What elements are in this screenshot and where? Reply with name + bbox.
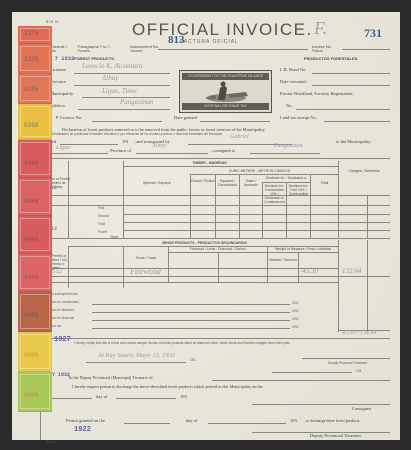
form-code: B.I.R. 91 [46,20,58,24]
declaration-text-es: Declaracion de productos forestales extr… [52,132,222,136]
document-subtitle: FACTURA OFICIAL [180,39,239,45]
paragraphs-label: Paragraphs 7 to 7. Parrafos [78,44,111,53]
document-title: OFFICIAL INVOICE. [132,20,313,40]
col-charges: Charges / Derechos [340,169,388,173]
row-totals: Totals [110,235,118,239]
revenue-stamp: 0455 [18,292,52,332]
minor-permit-value: 512 [52,267,63,275]
revenue-stamp: 0448 [18,216,52,254]
address-label: Address [50,103,65,108]
timber-section-title: TIMBER - MADERAS. [170,161,250,165]
certification-handwritten: At Ray Sauce, Mayo 12, 1932 [98,352,175,359]
certification-year: 193 [190,358,195,362]
minor-section-title: MINOR PRODUCTS - PRODUCTOS SECUNDARIOS. [130,241,280,245]
assessment-label: Assessment No. Tasacion [130,44,159,53]
consignee-signature-label: Consignee. [352,406,372,411]
invoice-no-label: Invoice No. Factura [312,44,332,53]
total-handwritten: 45.30 / 132.64 [342,330,377,336]
minor-col-firewood-charcoal: Firewood / Leña - Charcoal / Carbon [169,247,267,251]
revenue-stamp: 0448 [18,178,52,216]
col-total: Total [311,181,338,185]
minor-weight-value: -45.30 [300,267,318,275]
minor-products-table: MINOR PRODUCTS - PRODUCTOS SECUNDARIOS. … [40,240,390,288]
minor-col-number: Number / Numero [268,258,298,262]
handwritten-letter: F. [314,18,327,39]
discharge-text: , to discharge these forest products. [304,418,360,423]
year-prefix: 191 [122,139,129,144]
province-of-label: , Province of [108,148,131,153]
province-destination-value: Albay [152,143,166,149]
revenue-stamp: 0448 [18,140,52,178]
government-emblem: GOVERNMENT OF THE PHILIPPINE ISLANDS INT… [179,70,272,113]
municipality-destination-value: Ligao [56,145,70,151]
revenue-stamp: 0449 [18,254,52,292]
bond-no-label: I. R. Bond No. [280,67,307,72]
section-productos-forestales: PRODUCTOS FORESTALES. [304,56,358,61]
municipality-value: Ligao, Tinoc [102,87,137,95]
minor-col-kinds: Kinds / Clase [124,256,168,260]
province-value: Albay [102,74,118,82]
permit-day-of: day of [186,418,197,423]
consignee-value: Pangasinan [274,143,303,149]
province-label: Province [50,79,66,84]
minor-col-weight: Weight or Measure / Peso o Medida [268,247,338,251]
minor-charge-value: 132.64 [342,267,361,275]
destined-header: Destined for - Destinado a [262,176,310,180]
consigned-to-label: , consigned to [210,148,235,153]
revenue-stamp: 0359 [18,104,52,140]
land-tax-receipt-label: Land tax receipt No. [280,115,317,120]
address-value: Pangasinan [120,98,153,106]
date-granted-label: Date granted [174,115,197,120]
permit-year: 193 [290,418,297,423]
row-third: Third [98,222,105,226]
farmer-with-carabao-icon [200,80,252,104]
registration-no-label: No. [286,103,293,108]
permit-granted-label: Permit granted on the [66,418,105,423]
licensee-value: Leoncio K. Alcantara [82,62,142,70]
private-woodland-label: Private Woodland, Forestry Registration [280,91,353,96]
revenue-stamp: 3378 [18,26,52,44]
licence-no-label: P. Licence No. [56,115,82,120]
row-fourth: Fourth [98,230,107,234]
discharge-day-of: day of [96,394,107,399]
discharge-year: 193 [180,394,187,399]
revenue-stamp: 0000 [18,332,52,372]
minor-kind-value: Firewood [130,267,161,276]
col-fuel: Destined for: Fuel 10% / Combustible [287,184,310,196]
timber-table: TIMBER - MADERAS. CUBIC METERS - METROS … [40,161,390,239]
date-executed-label: Date executed [280,79,306,84]
footer-code: 5-1924 [46,440,56,444]
row-second: Second [98,214,109,218]
section-forest-products: FOREST PRODUCTS. [74,56,115,61]
certification-text: I hereby certify that this is a true and… [74,341,390,345]
invoice-paper: B.I.R. 91 OFFICIAL INVOICE. FACTURA OFIC… [12,12,400,440]
col-round: Round / Rollizo [191,179,215,183]
transporter-value: Gabriel [230,134,249,140]
discharge-stamp-2: 1922 [74,426,91,434]
revenue-stamp: 0000 [18,372,52,412]
treasurer-signature-label: Deputy Provincial Treasurer. [310,433,362,438]
discharge-request-text: I hereby request permit to discharge the… [72,384,263,389]
row-first: First [98,206,104,210]
col-sawn: Sawn / Aserrado [240,179,262,187]
col-species: Species / Especie [125,181,189,185]
to-municipality-label: to the Municipality [336,139,371,144]
revenue-stamp: 0165 [18,74,52,104]
cubic-meters-header: CUBIC METERS - METROS CUBICOS. [205,169,315,173]
stamped-number-right: 731 [364,26,382,41]
col-squared: Squared / Escuadrado [216,179,239,187]
revenue-stamp: 3378 [18,44,52,74]
col-construction: Destined for: Construction 10% / Destina… [263,184,286,204]
municipality-label: Municipality [50,91,73,96]
stamped-number-center: 813 [168,34,185,46]
certification-signer: Deputy Provincial Treasurer. [328,361,368,365]
certification-stamp: 1927 [54,336,71,344]
discharge-to-label: To the Deputy Provincial (Municipal) Tre… [68,375,153,380]
licensee-label: Licensee [50,67,66,72]
